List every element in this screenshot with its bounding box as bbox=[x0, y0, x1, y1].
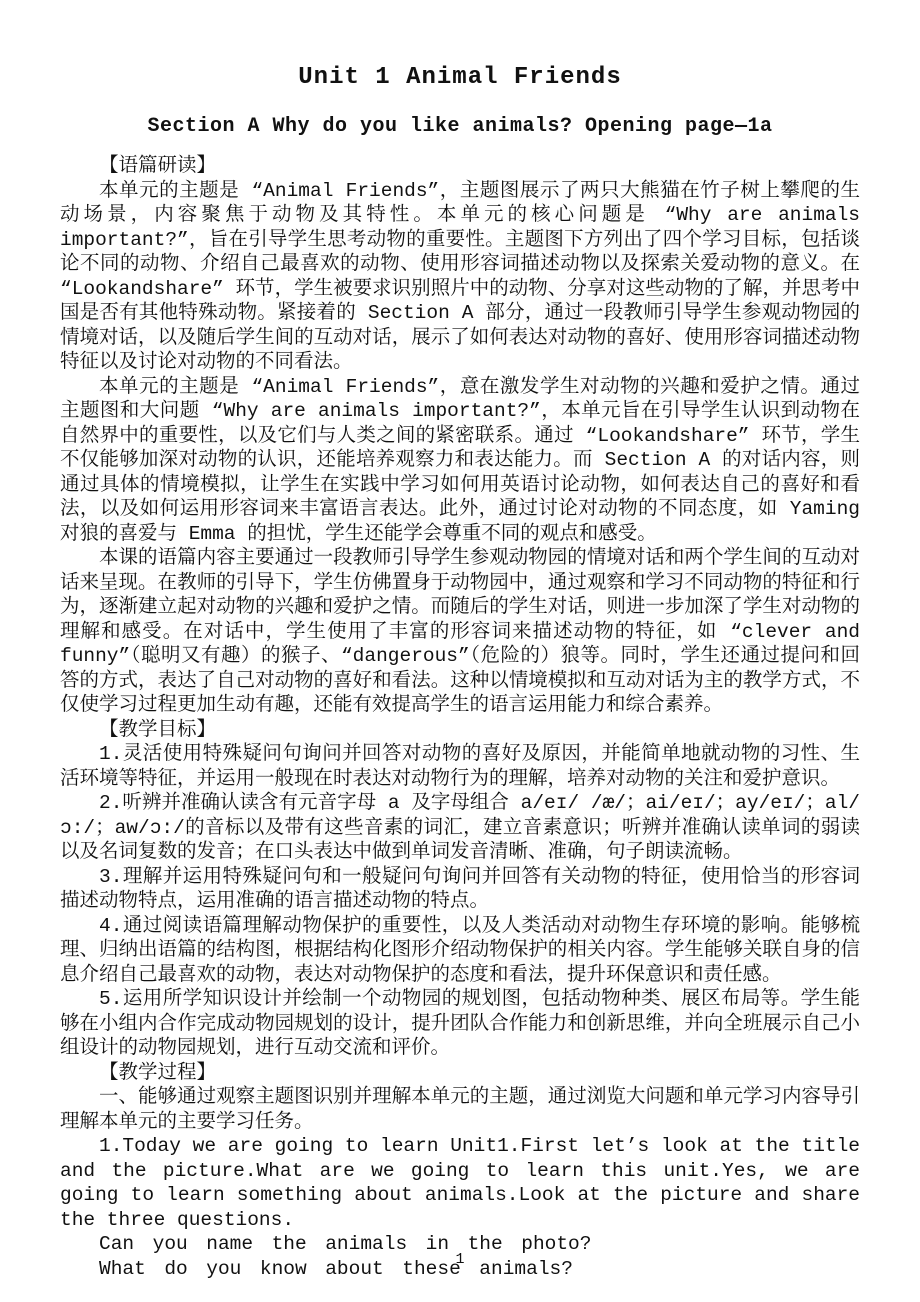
teacher-script: 1.Today we are going to learn Unit1.Firs… bbox=[60, 1134, 860, 1232]
teaching-goal-4: 4.通过阅读语篇理解动物保护的重要性，以及人类活动对动物生存环境的影响。能够梳理… bbox=[60, 914, 860, 988]
section-teaching-goals: 【教学目标】 1.灵活使用特殊疑问句询问并回答对动物的喜好及原因，并能简单地就动… bbox=[60, 718, 860, 1061]
heading-teaching-goals: 【教学目标】 bbox=[60, 718, 860, 743]
heading-text-analysis: 【语篇研读】 bbox=[60, 154, 860, 179]
teaching-goal-5: 5.运用所学知识设计并绘制一个动物园的规划图，包括动物种类、展区布局等。学生能够… bbox=[60, 987, 860, 1061]
section-a-subtitle: Section A Why do you like animals? Openi… bbox=[60, 115, 860, 138]
document-page: Unit 1 Animal Friends Section A Why do y… bbox=[0, 0, 920, 1302]
section-text-analysis: 【语篇研读】 本单元的主题是 “Animal Friends”，主题图展示了两只… bbox=[60, 154, 860, 718]
paragraph-unit-theme-overview: 本单元的主题是 “Animal Friends”，主题图展示了两只大熊猫在竹子树… bbox=[60, 179, 860, 375]
teaching-goal-2: 2.听辨并准确认读含有元音字母 a 及字母组合 a/eɪ/ /æ/；ai/eɪ/… bbox=[60, 791, 860, 865]
process-step-1-objective: 一、能够通过观察主题图识别并理解本单元的主题，通过浏览大问题和单元学习内容导引理… bbox=[60, 1085, 860, 1134]
section-teaching-process: 【教学过程】 一、能够通过观察主题图识别并理解本单元的主题，通过浏览大问题和单元… bbox=[60, 1061, 860, 1282]
heading-teaching-process: 【教学过程】 bbox=[60, 1061, 860, 1086]
page-number: 1 bbox=[0, 1251, 920, 1268]
unit-title: Unit 1 Animal Friends bbox=[60, 64, 860, 91]
teaching-goal-3: 3.理解并运用特殊疑问句和一般疑问句询问并回答有关动物的特征，使用恰当的形容词描… bbox=[60, 865, 860, 914]
paragraph-lesson-discourse-content: 本课的语篇内容主要通过一段教师引导学生参观动物园的情境对话和两个学生间的互动对话… bbox=[60, 546, 860, 718]
paragraph-unit-theme-purpose: 本单元的主题是 “Animal Friends”，意在激发学生对动物的兴趣和爱护… bbox=[60, 375, 860, 547]
teaching-goal-1: 1.灵活使用特殊疑问句询问并回答对动物的喜好及原因，并能简单地就动物的习性、生活… bbox=[60, 742, 860, 791]
